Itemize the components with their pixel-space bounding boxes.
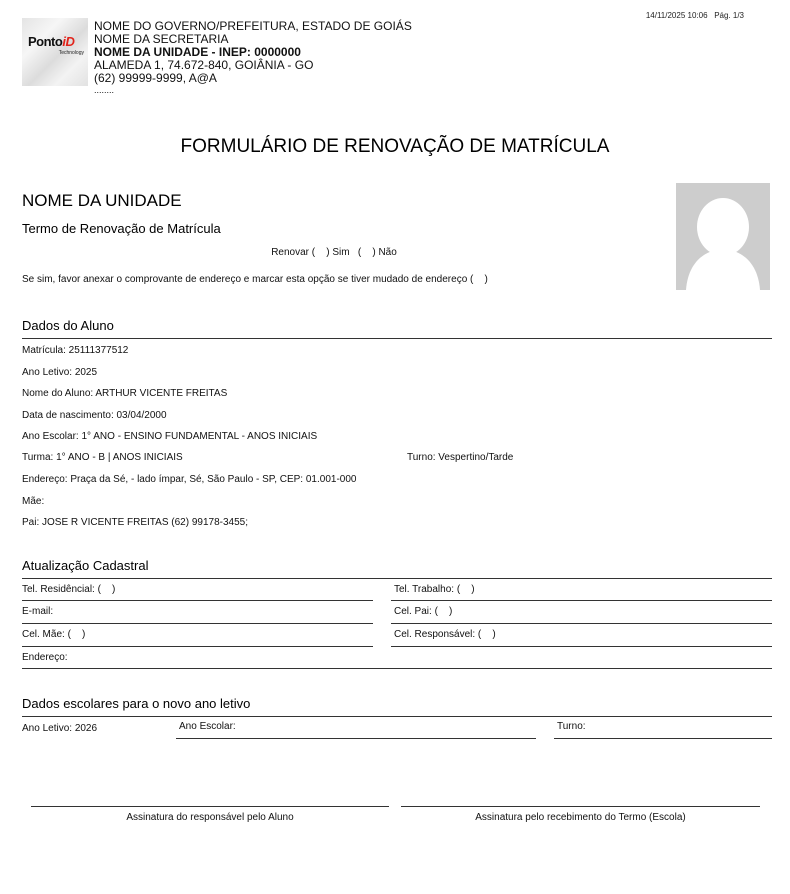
signature-line-guardian — [31, 806, 389, 807]
field-underline — [391, 623, 772, 624]
section-divider — [22, 338, 772, 339]
institution-header: NOME DO GOVERNO/PREFEITURA, ESTADO DE GO… — [94, 20, 412, 96]
field-father-cell[interactable]: Cel. Pai: ( ) — [394, 606, 452, 617]
institution-contact: (62) 99999-9999, A@A — [94, 72, 412, 85]
address-change-notice[interactable]: Se sim, favor anexar o comprovante de en… — [22, 274, 488, 285]
field-underline — [22, 623, 373, 624]
section-registration-update: Atualização Cadastral — [22, 558, 148, 573]
field-underline — [22, 646, 373, 647]
company-logo: PontoiD Technology — [22, 18, 88, 86]
student-ano-letivo: Ano Letivo: 2025 — [22, 367, 97, 378]
student-ano-escolar: Ano Escolar: 1° ANO - ENSINO FUNDAMENTAL… — [22, 431, 317, 442]
page-number: Pág. 1/3 — [714, 11, 744, 20]
student-birthdate: Data de nascimento: 03/04/2000 — [22, 410, 167, 421]
field-new-turno[interactable]: Turno: — [557, 721, 586, 732]
institution-extra: ........ — [94, 85, 412, 96]
timestamp-text: 14/11/2025 10:06 — [646, 11, 708, 20]
student-matricula: Matrícula: 25111377512 — [22, 345, 128, 356]
student-mother: Mãe: — [22, 496, 44, 507]
signature-label-school: Assinatura pelo recebimento do Termo (Es… — [401, 812, 760, 823]
student-father: Pai: JOSE R VICENTE FREITAS (62) 99178-3… — [22, 517, 248, 528]
field-new-ano-escolar[interactable]: Ano Escolar: — [179, 721, 236, 732]
student-photo — [676, 183, 770, 290]
new-ano-letivo: Ano Letivo: 2026 — [22, 723, 97, 734]
report-timestamp: 14/11/2025 10:06 Pág. 1/3 — [646, 11, 744, 20]
section-divider — [22, 716, 772, 717]
unit-name-heading: NOME DA UNIDADE — [22, 191, 182, 211]
section-new-school-year: Dados escolares para o novo ano letivo — [22, 696, 250, 711]
section-divider — [22, 578, 772, 579]
renew-options[interactable]: Renovar ( ) Sim ( ) Não — [0, 247, 668, 258]
term-title: Termo de Renovação de Matrícula — [22, 221, 221, 236]
field-home-phone[interactable]: Tel. Residêncial: ( ) — [22, 584, 115, 595]
field-underline — [176, 738, 536, 739]
field-underline — [22, 600, 373, 601]
logo-accent-text: iD — [62, 34, 74, 49]
student-address: Endereço: Praça da Sé, - lado ímpar, Sé,… — [22, 474, 356, 485]
field-underline — [22, 668, 772, 669]
signature-label-guardian: Assinatura do responsável pelo Aluno — [31, 812, 389, 823]
field-address[interactable]: Endereço: — [22, 652, 68, 663]
signature-line-school — [401, 806, 760, 807]
field-email[interactable]: E-mail: — [22, 606, 53, 617]
student-turma: Turma: 1° ANO - B | ANOS INICIAIS — [22, 452, 183, 463]
section-student-data: Dados do Aluno — [22, 318, 114, 333]
field-underline — [391, 646, 772, 647]
field-underline — [391, 600, 772, 601]
field-mother-cell[interactable]: Cel. Mãe: ( ) — [22, 629, 85, 640]
logo-wordmark: PontoiD — [28, 34, 74, 49]
field-guardian-cell[interactable]: Cel. Responsável: ( ) — [394, 629, 496, 640]
student-name: Nome do Aluno: ARTHUR VICENTE FREITAS — [22, 388, 227, 399]
field-underline — [554, 738, 772, 739]
logo-subtitle: Technology — [59, 50, 84, 56]
student-turno: Turno: Vespertino/Tarde — [407, 452, 513, 463]
avatar-placeholder-icon — [676, 183, 770, 290]
page-title: FORMULÁRIO DE RENOVAÇÃO DE MATRÍCULA — [0, 136, 790, 158]
logo-main-text: Ponto — [28, 34, 62, 49]
field-work-phone[interactable]: Tel. Trabalho: ( ) — [394, 584, 475, 595]
